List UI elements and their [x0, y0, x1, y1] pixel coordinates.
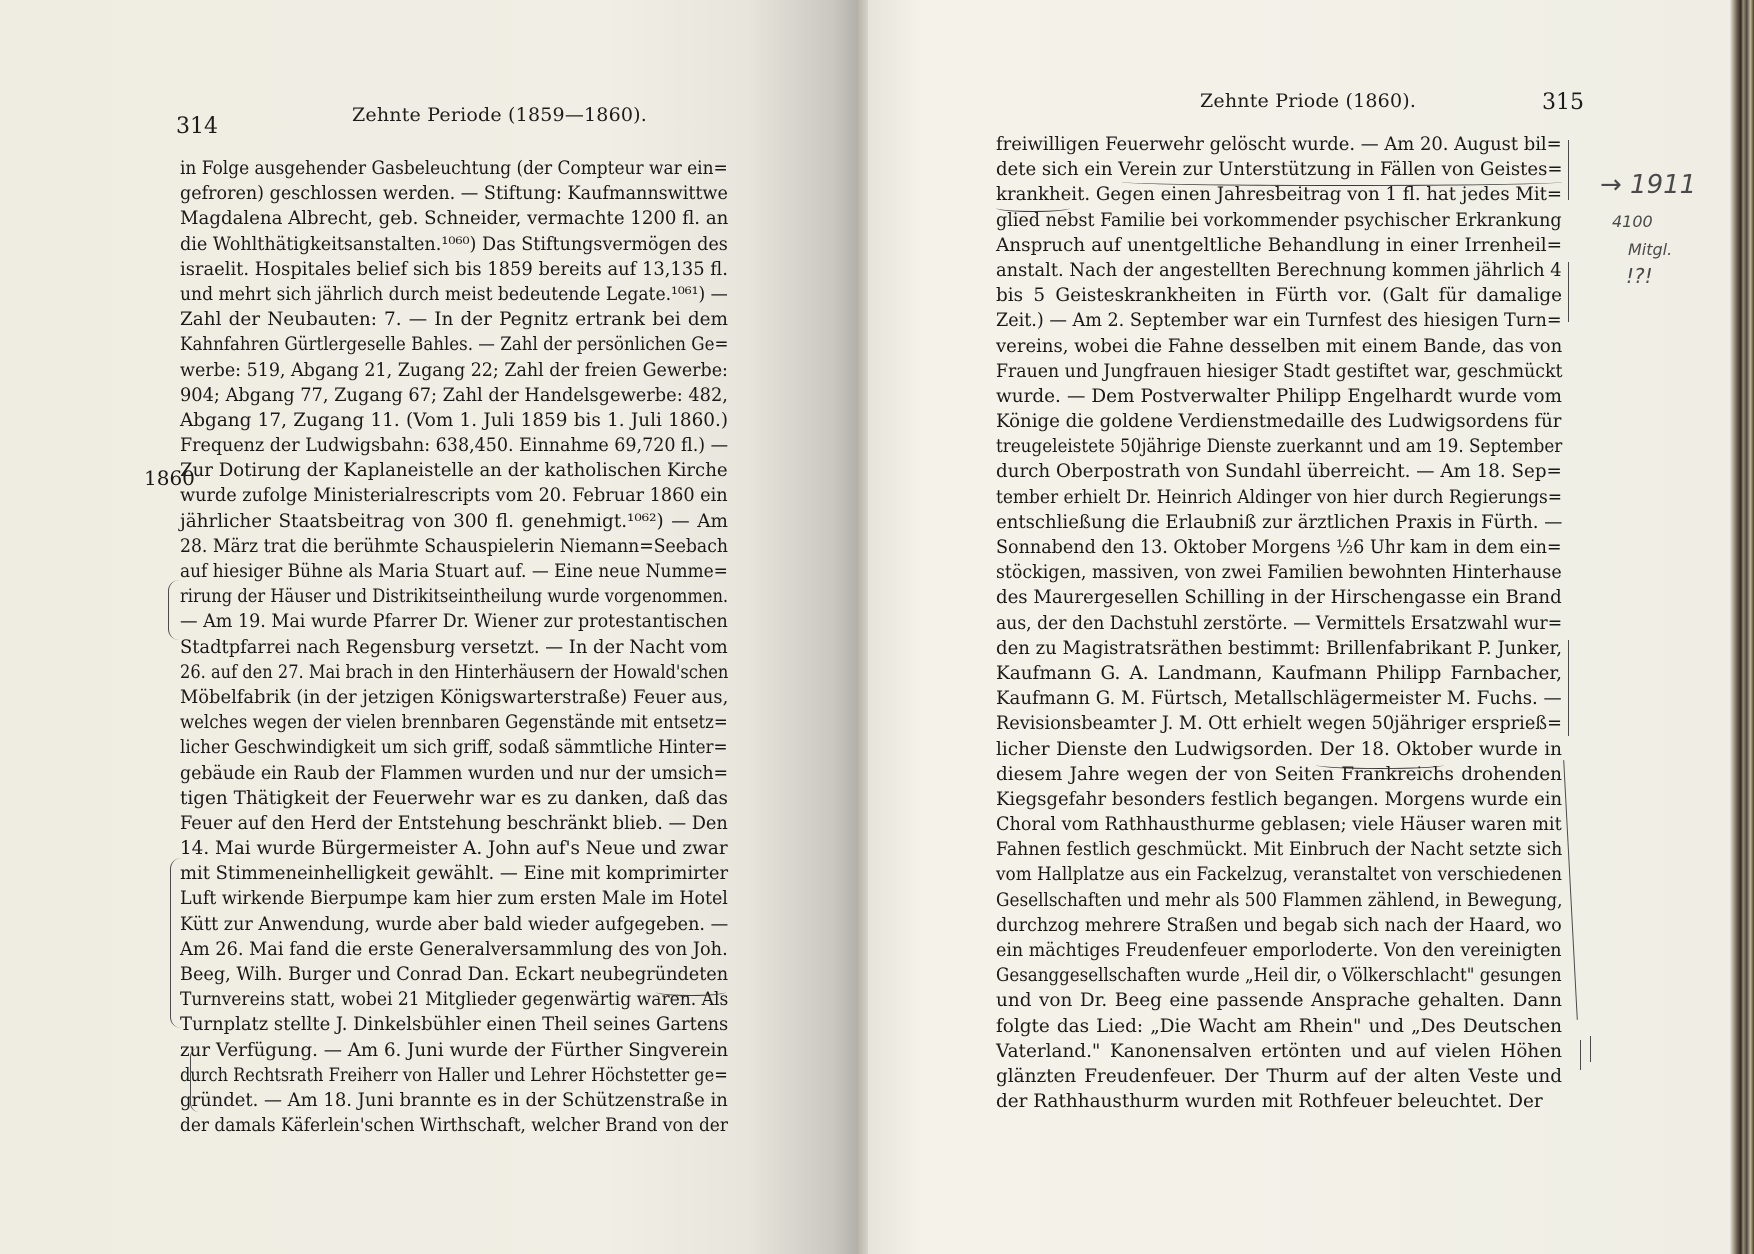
text-line: Frequenz der Ludwigsbahn: 638,450. Einna…	[180, 433, 728, 458]
right-page: Zehnte Priode (1860). 315 freiwilligen F…	[868, 0, 1754, 1254]
book-spread: 314 Zehnte Periode (1859—1860). 1860 in …	[0, 0, 1754, 1254]
text-line: und von Dr. Beeg eine passende Ansprache…	[996, 988, 1562, 1013]
text-line: vom Hallplatze aus ein Fackelzug, verans…	[996, 862, 1562, 887]
handwritten-note-count: 4100	[1612, 212, 1653, 231]
text-line: Kaufmann G. M. Fürtsch, Metallschlägerme…	[996, 686, 1562, 711]
text-line: Luft wirkende Bierpumpe kam hier zum ers…	[180, 886, 728, 911]
pencil-margin-line	[1580, 1040, 1581, 1070]
text-line: 14. Mai wurde Bürgermeister A. John auf'…	[180, 836, 728, 861]
text-line: Kaufmann G. A. Landmann, Kaufmann Philip…	[996, 661, 1562, 686]
text-line: Frauen und Jungfrauen hiesiger Stadt ges…	[996, 359, 1562, 384]
text-line: Kahnfahren Gürtlergeselle Bahles. — Zahl…	[180, 332, 728, 357]
text-line: auf hiesiger Bühne als Maria Stuart auf.…	[180, 559, 728, 584]
text-line: Am 26. Mai fand die erste Generalversamm…	[180, 937, 728, 962]
text-line: 26. auf den 27. Mai brach in den Hinterh…	[180, 660, 728, 685]
text-line: aus, der den Dachstuhl zerstörte. — Verm…	[996, 611, 1562, 636]
text-line: vereins, wobei die Fahne desselben mit e…	[996, 334, 1562, 359]
text-line: glied nebst Familie bei vorkommender psy…	[996, 208, 1562, 233]
pencil-bracket-mark	[170, 858, 181, 1028]
text-line: Revisionsbeamter J. M. Ott erhielt wegen…	[996, 711, 1562, 736]
text-line: Kütt zur Anwendung, wurde aber bald wied…	[180, 912, 728, 937]
text-line: diesem Jahre wegen der von Seiten Frankr…	[996, 762, 1562, 787]
running-head-right: Zehnte Priode (1860).	[1200, 90, 1416, 112]
text-line: Fahnen festlich geschmückt. Mit Einbruch…	[996, 837, 1562, 862]
page-number-left: 314	[176, 114, 218, 139]
text-line: der damals Käferlein'schen Wirthschaft, …	[180, 1113, 728, 1138]
text-line: tigen Thätigkeit der Feuerwehr war es zu…	[180, 786, 728, 811]
running-head-left: Zehnte Periode (1859—1860).	[352, 104, 647, 126]
page-number-right: 315	[1542, 90, 1584, 115]
text-line: zur Verfügung. — Am 6. Juni wurde der Fü…	[180, 1038, 728, 1063]
text-line: 904; Abgang 77, Zugang 67; Zahl der Hand…	[180, 383, 728, 408]
text-line: in Folge ausgehender Gasbeleuchtung (der…	[180, 156, 728, 181]
text-line: bis 5 Geisteskrankheiten in Fürth vor. (…	[996, 283, 1562, 308]
text-line: Turnplatz stellte J. Dinkelsbühler einen…	[180, 1012, 728, 1037]
text-line: Zahl der Neubauten: 7. — In der Pegnitz …	[180, 307, 728, 332]
pencil-margin-line	[1568, 640, 1569, 736]
text-line: gründet. — Am 18. Juni brannte es in der…	[180, 1088, 728, 1113]
text-line: durch Rechtsrath Freiherr von Haller und…	[180, 1063, 728, 1088]
text-line: Abgang 17, Zugang 11. (Vom 1. Juli 1859 …	[180, 408, 728, 433]
text-line: Könige die goldene Verdienstmedaille des…	[996, 409, 1562, 434]
text-line: werbe: 519, Abgang 21, Zugang 22; Zahl d…	[180, 358, 728, 383]
text-line: der Rathhausthurm wurden mit Rothfeuer b…	[996, 1089, 1562, 1114]
text-line: Zeit.) — Am 2. September war ein Turnfes…	[996, 308, 1562, 333]
handwritten-note-abbrev: Mitgl.	[1628, 240, 1672, 259]
handwritten-note-year: → 1911	[1600, 170, 1696, 200]
text-line: glänzten Freudenfeuer. Der Thurm auf der…	[996, 1064, 1562, 1089]
text-line: Magdalena Albrecht, geb. Schneider, verm…	[180, 206, 728, 231]
text-line: welches wegen der vielen brennbaren Gege…	[180, 710, 728, 735]
left-page-body: in Folge ausgehender Gasbeleuchtung (der…	[180, 156, 728, 1138]
text-line: Möbelfabrik (in der jetzigen Königswarte…	[180, 685, 728, 710]
text-line: freiwilligen Feuerwehr gelöscht wurde. —…	[996, 132, 1562, 157]
text-line: Sonnabend den 13. Oktober Morgens ½6 Uhr…	[996, 535, 1562, 560]
handwritten-note-exclaim: !?!	[1626, 264, 1653, 288]
text-line: tember erhielt Dr. Heinrich Aldinger von…	[996, 485, 1562, 510]
pencil-bracket-mark	[190, 1048, 199, 1112]
text-line: Stadtpfarrei nach Regensburg versetzt. —…	[180, 635, 728, 660]
text-line: durchzog mehrere Straßen und begab sich …	[996, 913, 1562, 938]
text-line: dete sich ein Verein zur Unterstützung i…	[996, 157, 1562, 182]
text-line: gebäude ein Raub der Flammen wurden und …	[180, 761, 728, 786]
text-line: Kiegsgefahr besonders festlich begangen.…	[996, 787, 1562, 812]
text-line: gefroren) geschlossen werden. — Stiftung…	[180, 181, 728, 206]
text-line: die Wohlthätigkeitsanstalten.¹⁰⁶⁰) Das S…	[180, 232, 728, 257]
text-line: stöckigen, massiven, von zwei Familien b…	[996, 560, 1562, 585]
right-page-body: freiwilligen Feuerwehr gelöscht wurde. —…	[996, 132, 1562, 1114]
text-line: jährlicher Staatsbeitrag von 300 fl. gen…	[180, 509, 728, 534]
text-line: Zur Dotirung der Kaplaneistelle an der k…	[180, 458, 728, 483]
text-line: licher Geschwindigkeit um sich griff, so…	[180, 735, 728, 760]
text-line: anstalt. Nach der angestellten Berechnun…	[996, 258, 1562, 283]
text-line: treugeleistete 50jährige Dienste zuerkan…	[996, 434, 1562, 459]
text-line: durch Oberpostrath von Sundahl überreich…	[996, 459, 1562, 484]
text-line: entschließung die Erlaubniß zur ärztlich…	[996, 510, 1562, 535]
text-line: Gesellschaften und mehr als 500 Flammen …	[996, 888, 1562, 913]
page-stack-edge	[1730, 0, 1754, 1254]
text-line: krankheit. Gegen einen Jahresbeitrag von…	[996, 182, 1562, 207]
text-line: Beeg, Wilh. Burger und Conrad Dan. Eckar…	[180, 962, 728, 987]
pencil-bracket-mark	[168, 580, 179, 640]
text-line: wurde. — Dem Postverwalter Philipp Engel…	[996, 384, 1562, 409]
pencil-margin-line	[1590, 1036, 1591, 1062]
text-line: ein mächtiges Freudenfeuer emporloderte.…	[996, 938, 1562, 963]
text-line: den zu Magistratsräthen bestimmt: Brille…	[996, 636, 1562, 661]
text-line: und mehrt sich jährlich durch meist bede…	[180, 282, 728, 307]
text-line: 28. März trat die berühmte Schauspieleri…	[180, 534, 728, 559]
text-line: — Am 19. Mai wurde Pfarrer Dr. Wiener zu…	[180, 609, 728, 634]
pencil-margin-line	[1568, 262, 1569, 322]
text-line: Gesanggesellschaften wurde „Heil dir, o …	[996, 963, 1562, 988]
text-line: Vaterland." Kanonensalven ertönten und a…	[996, 1039, 1562, 1064]
pencil-margin-line	[1568, 140, 1569, 200]
text-line: licher Dienste den Ludwigsorden. Der 18.…	[996, 737, 1562, 762]
text-line: mit Stimmeneinhelligkeit gewählt. — Eine…	[180, 861, 728, 886]
text-line: des Maurergesellen Schilling in der Hirs…	[996, 585, 1562, 610]
text-line: Anspruch auf unentgeltliche Behandlung i…	[996, 233, 1562, 258]
text-line: wurde zufolge Ministerialrescripts vom 2…	[180, 483, 728, 508]
text-line: rirung der Häuser und Distrikitseintheil…	[180, 584, 728, 609]
left-page: 314 Zehnte Periode (1859—1860). 1860 in …	[0, 0, 868, 1254]
text-line: israelit. Hospitales belief sich bis 185…	[180, 257, 728, 282]
text-line: Choral vom Rathhausthurme geblasen; viel…	[996, 812, 1562, 837]
text-line: Feuer auf den Herd der Entstehung beschr…	[180, 811, 728, 836]
text-line: Turnvereins statt, wobei 21 Mitglieder g…	[180, 987, 728, 1012]
pencil-margin-line	[1563, 760, 1578, 1020]
text-line: folgte das Lied: „Die Wacht am Rhein" un…	[996, 1014, 1562, 1039]
